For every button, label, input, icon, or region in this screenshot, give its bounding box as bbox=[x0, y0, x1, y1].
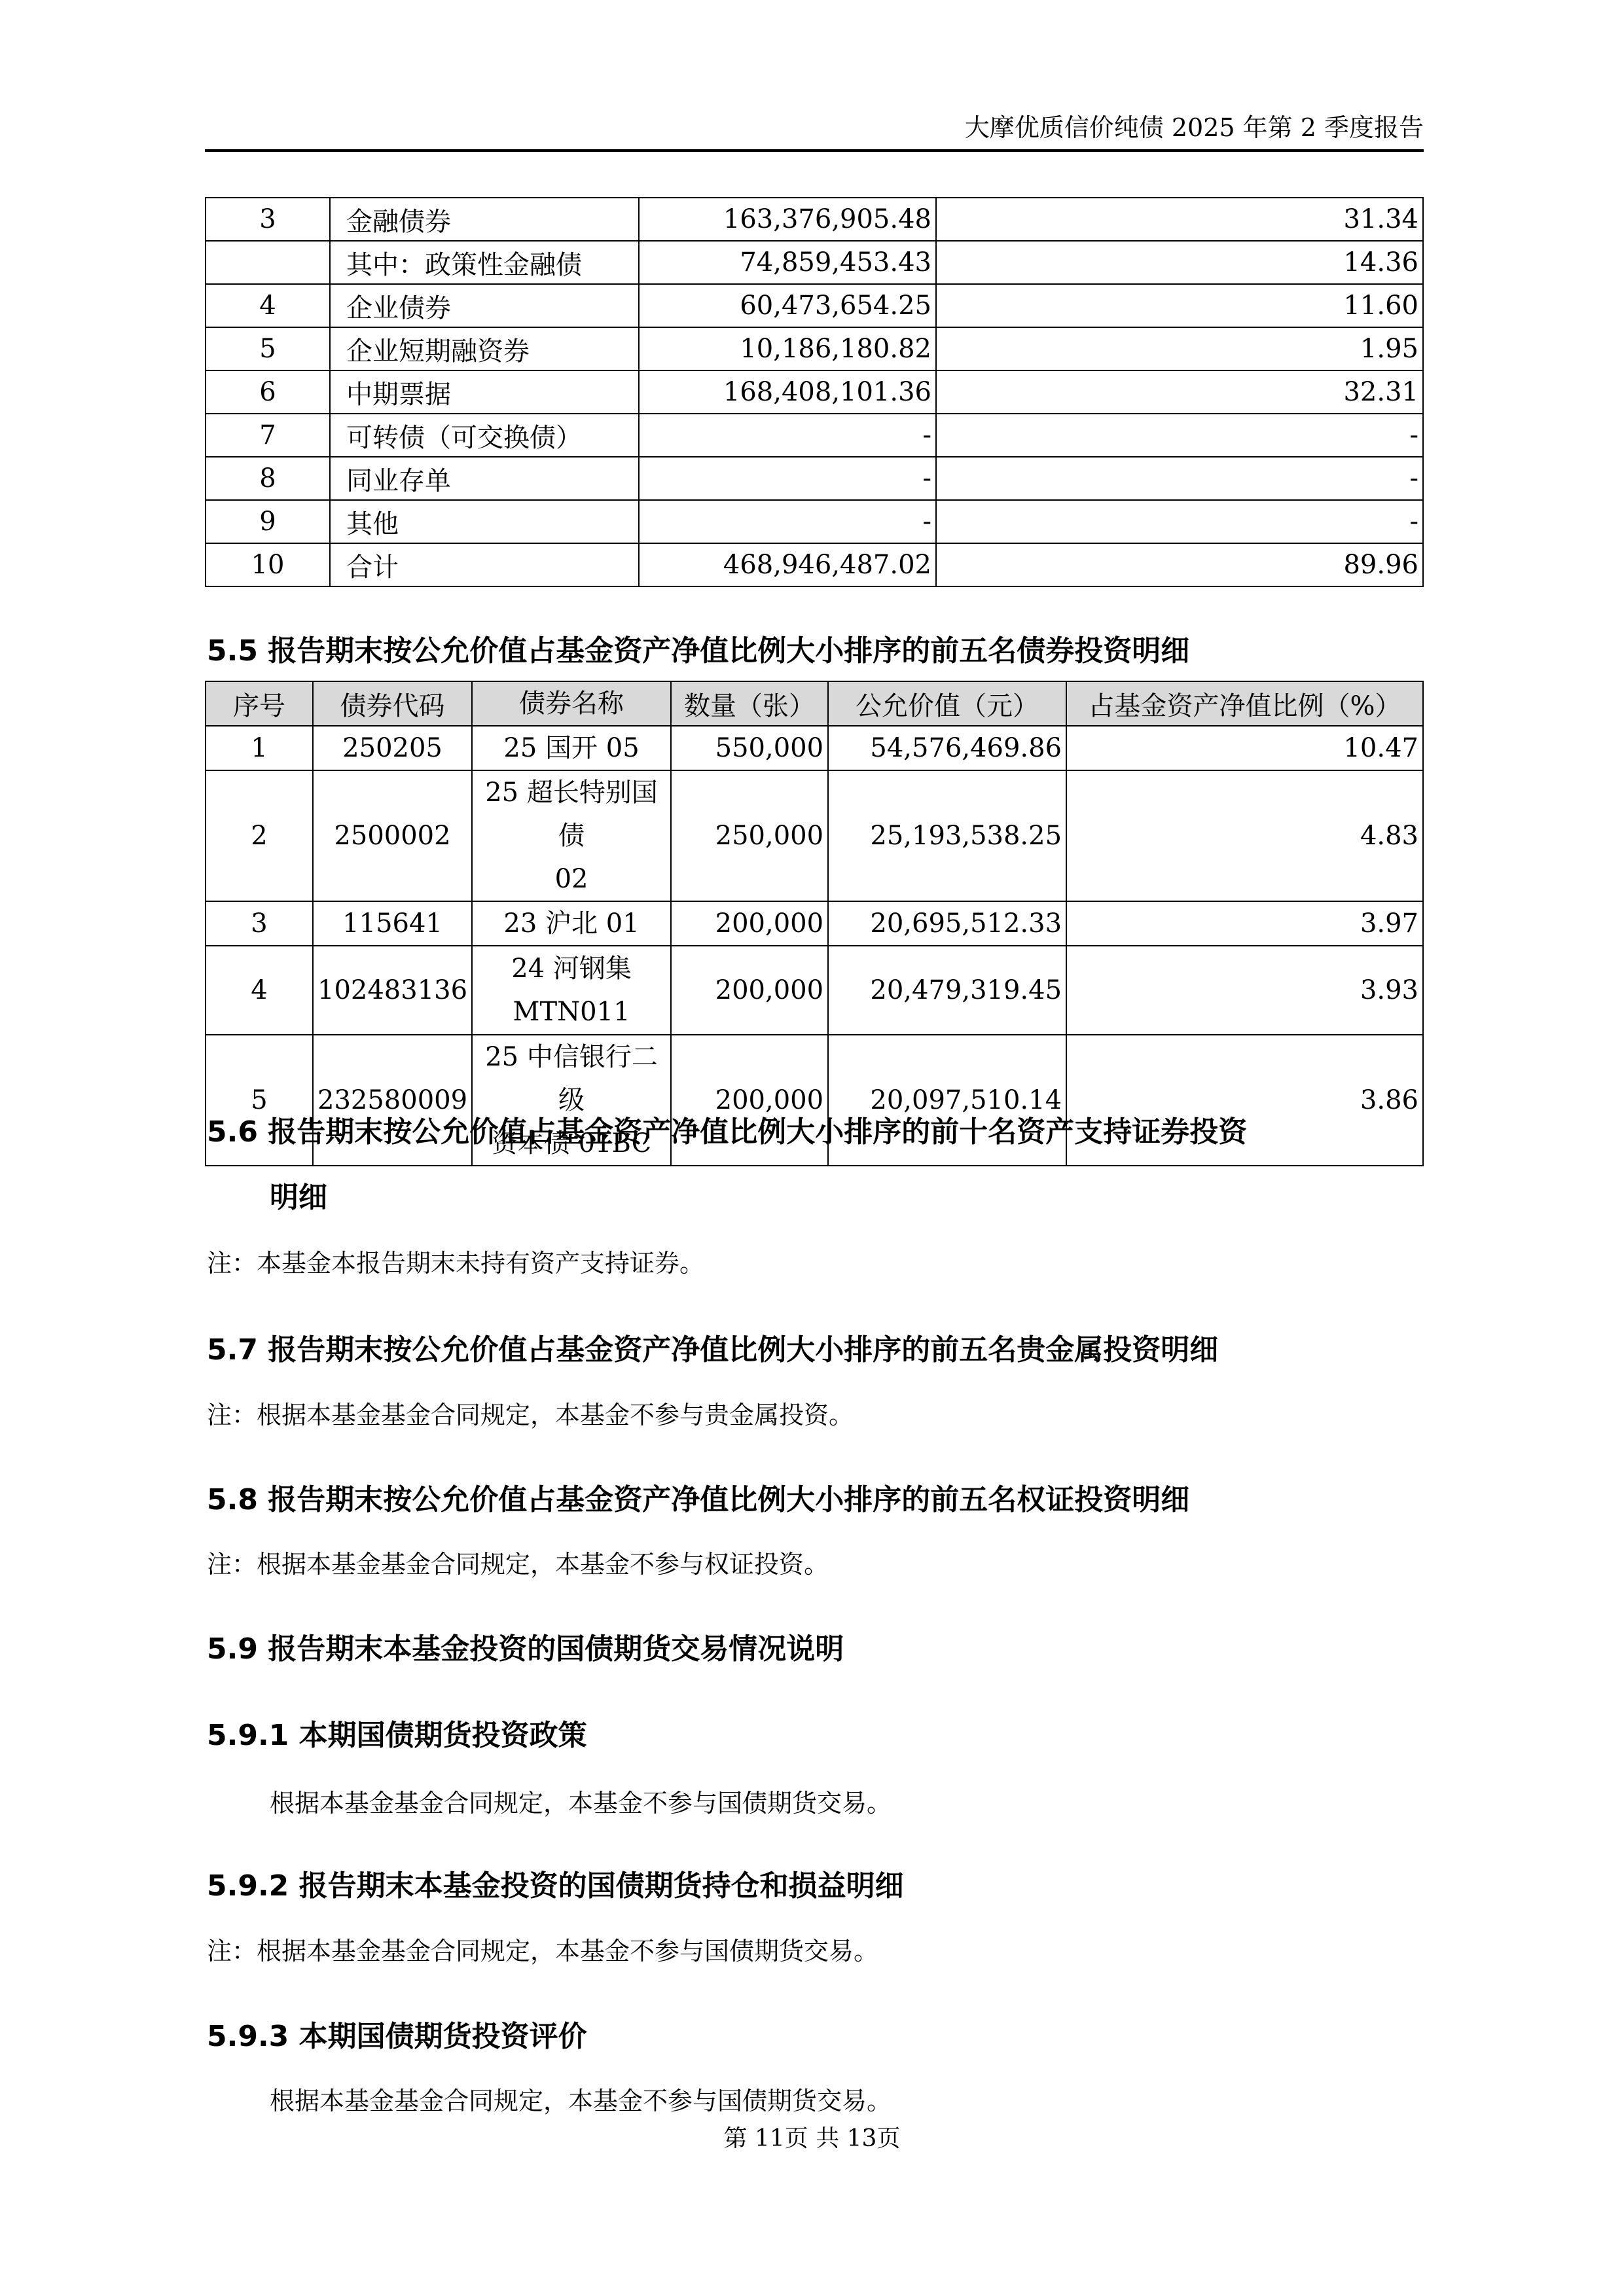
bond-code: 2500002 bbox=[313, 770, 472, 901]
bond-type: 中期票据 bbox=[330, 370, 639, 414]
top-five-bonds-table: 序号 债券代码 债券名称 数量（张） 公允价值（元） 占基金资产净值比例（%） … bbox=[205, 681, 1424, 1166]
bond-type: 金融债券 bbox=[330, 198, 639, 241]
nav-percentage: 89.96 bbox=[936, 543, 1423, 586]
fair-value: - bbox=[639, 500, 936, 543]
fair-value: 10,186,180.82 bbox=[639, 327, 936, 370]
nav-percentage: 31.34 bbox=[936, 198, 1423, 241]
section-5-9-title: 5.9 报告期末本基金投资的国债期货交易情况说明 bbox=[207, 1630, 844, 1669]
section-5-6-note: 注：本基金本报告期末未持有资产支持证券。 bbox=[207, 1245, 704, 1282]
page-number: 第 11页 共 13页 bbox=[0, 2121, 1624, 2157]
fair-value: 25,193,538.25 bbox=[828, 770, 1066, 901]
bond-type: 企业短期融资券 bbox=[330, 327, 639, 370]
row-number: 5 bbox=[206, 327, 330, 370]
section-5-9-2-title: 5.9.2 报告期末本基金投资的国债期货持仓和损益明细 bbox=[207, 1867, 904, 1906]
bond-type: 同业存单 bbox=[330, 457, 639, 500]
fair-value: 60,473,654.25 bbox=[639, 284, 936, 327]
bond-name: 25 超长特别国债 02 bbox=[472, 770, 671, 901]
table-row: 1 250205 25 国开 05 550,000 54,576,469.86 … bbox=[206, 726, 1423, 770]
nav-percentage: 3.93 bbox=[1066, 946, 1423, 1035]
row-number: 3 bbox=[206, 198, 330, 241]
bond-code: 115641 bbox=[313, 901, 472, 946]
column-header-name: 债券名称 bbox=[472, 681, 671, 726]
quantity: 550,000 bbox=[671, 726, 828, 770]
section-5-8-title: 5.8 报告期末按公允价值占基金资产净值比例大小排序的前五名权证投资明细 bbox=[207, 1480, 1189, 1520]
row-number: 1 bbox=[206, 726, 313, 770]
column-header-code: 债券代码 bbox=[313, 681, 472, 726]
nav-percentage: - bbox=[936, 500, 1423, 543]
table-row: 4 102483136 24 河钢集 MTN011 200,000 20,479… bbox=[206, 946, 1423, 1035]
table-row: 9 其他 - - bbox=[206, 500, 1423, 543]
row-number: 3 bbox=[206, 901, 313, 946]
fair-value: 20,695,512.33 bbox=[828, 901, 1066, 946]
section-5-9-1-title: 5.9.1 本期国债期货投资政策 bbox=[207, 1716, 587, 1755]
column-header-nav-pct: 占基金资产净值比例（%） bbox=[1066, 681, 1423, 726]
bond-name-line2: 02 bbox=[477, 857, 666, 901]
fair-value: 54,576,469.86 bbox=[828, 726, 1066, 770]
section-5-9-2-note: 注：根据本基金基金合同规定，本基金不参与国债期货交易。 bbox=[207, 1933, 878, 1969]
bond-name-line1: 25 国开 05 bbox=[477, 726, 666, 770]
bond-type: 合计 bbox=[330, 543, 639, 586]
fair-value: - bbox=[639, 457, 936, 500]
fair-value: 163,376,905.48 bbox=[639, 198, 936, 241]
section-5-7-note: 注：根据本基金基金合同规定，本基金不参与贵金属投资。 bbox=[207, 1397, 854, 1433]
quantity: 250,000 bbox=[671, 770, 828, 901]
fair-value: 168,408,101.36 bbox=[639, 370, 936, 414]
section-5-9-1-text: 根据本基金基金合同规定，本基金不参与国债期货交易。 bbox=[270, 1785, 892, 1821]
bond-name-line1: 25 中信银行二级 bbox=[477, 1035, 666, 1122]
bond-type: 可转债（可交换债） bbox=[330, 414, 639, 457]
column-header-fair-value: 公允价值（元） bbox=[828, 681, 1066, 726]
section-5-6-title: 5.6 报告期末按公允价值占基金资产净值比例大小排序的前十名资产支持证券投资 bbox=[207, 1113, 1247, 1152]
row-number: 10 bbox=[206, 543, 330, 586]
nav-percentage: 3.97 bbox=[1066, 901, 1423, 946]
table-row: 3 115641 23 沪北 01 200,000 20,695,512.33 … bbox=[206, 901, 1423, 946]
row-number: 8 bbox=[206, 457, 330, 500]
bond-name: 25 国开 05 bbox=[472, 726, 671, 770]
bond-name-line1: 23 沪北 01 bbox=[477, 902, 666, 945]
bond-type: 其中：政策性金融债 bbox=[330, 241, 639, 284]
table-header-row: 序号 债券代码 债券名称 数量（张） 公允价值（元） 占基金资产净值比例（%） bbox=[206, 681, 1423, 726]
bond-type: 其他 bbox=[330, 500, 639, 543]
row-number: 9 bbox=[206, 500, 330, 543]
bond-name-line1: 25 超长特别国债 bbox=[477, 771, 666, 857]
table-row-total: 10 合计 468,946,487.02 89.96 bbox=[206, 543, 1423, 586]
fair-value: 20,479,319.45 bbox=[828, 946, 1066, 1035]
fair-value: 74,859,453.43 bbox=[639, 241, 936, 284]
row-number: 2 bbox=[206, 770, 313, 901]
table-row: 6 中期票据 168,408,101.36 32.31 bbox=[206, 370, 1423, 414]
quantity: 200,000 bbox=[671, 901, 828, 946]
row-number: 4 bbox=[206, 284, 330, 327]
section-5-9-3-title: 5.9.3 本期国债期货投资评价 bbox=[207, 2017, 587, 2056]
nav-percentage: 1.95 bbox=[936, 327, 1423, 370]
table-row: 7 可转债（可交换债） - - bbox=[206, 414, 1423, 457]
nav-percentage: 10.47 bbox=[1066, 726, 1423, 770]
row-number: 6 bbox=[206, 370, 330, 414]
bond-name-line1: 24 河钢集 bbox=[477, 947, 666, 990]
section-5-9-3-text: 根据本基金基金合同规定，本基金不参与国债期货交易。 bbox=[270, 2083, 892, 2119]
column-header-quantity: 数量（张） bbox=[671, 681, 828, 726]
header-divider bbox=[205, 149, 1424, 152]
nav-percentage: 32.31 bbox=[936, 370, 1423, 414]
quantity: 200,000 bbox=[671, 946, 828, 1035]
row-number: 4 bbox=[206, 946, 313, 1035]
section-5-6-title-cont: 明细 bbox=[207, 1178, 327, 1217]
bond-name: 24 河钢集 MTN011 bbox=[472, 946, 671, 1035]
table-row: 2 2500002 25 超长特别国债 02 250,000 25,193,53… bbox=[206, 770, 1423, 901]
bond-code: 250205 bbox=[313, 726, 472, 770]
bond-name-line2: MTN011 bbox=[477, 990, 666, 1033]
table-row: 4 企业债券 60,473,654.25 11.60 bbox=[206, 284, 1423, 327]
bond-name: 23 沪北 01 bbox=[472, 901, 671, 946]
fair-value: 468,946,487.02 bbox=[639, 543, 936, 586]
bond-code: 102483136 bbox=[313, 946, 472, 1035]
bond-portfolio-table: 3 金融债券 163,376,905.48 31.34 其中：政策性金融债 74… bbox=[205, 197, 1424, 587]
fair-value: - bbox=[639, 414, 936, 457]
nav-percentage: 4.83 bbox=[1066, 770, 1423, 901]
row-number: 7 bbox=[206, 414, 330, 457]
section-5-8-note: 注：根据本基金基金合同规定，本基金不参与权证投资。 bbox=[207, 1546, 829, 1583]
page-header-title: 大摩优质信价纯债 2025 年第 2 季度报告 bbox=[205, 108, 1424, 147]
section-5-7-title: 5.7 报告期末按公允价值占基金资产净值比例大小排序的前五名贵金属投资明细 bbox=[207, 1331, 1218, 1370]
nav-percentage: 14.36 bbox=[936, 241, 1423, 284]
nav-percentage: - bbox=[936, 457, 1423, 500]
row-number bbox=[206, 241, 330, 284]
column-header-no: 序号 bbox=[206, 681, 313, 726]
table-row: 其中：政策性金融债 74,859,453.43 14.36 bbox=[206, 241, 1423, 284]
nav-percentage: - bbox=[936, 414, 1423, 457]
table-row: 5 企业短期融资券 10,186,180.82 1.95 bbox=[206, 327, 1423, 370]
section-5-5-title: 5.5 报告期末按公允价值占基金资产净值比例大小排序的前五名债券投资明细 bbox=[207, 632, 1189, 671]
table-row: 3 金融债券 163,376,905.48 31.34 bbox=[206, 198, 1423, 241]
nav-percentage: 11.60 bbox=[936, 284, 1423, 327]
table-row: 8 同业存单 - - bbox=[206, 457, 1423, 500]
bond-type: 企业债券 bbox=[330, 284, 639, 327]
